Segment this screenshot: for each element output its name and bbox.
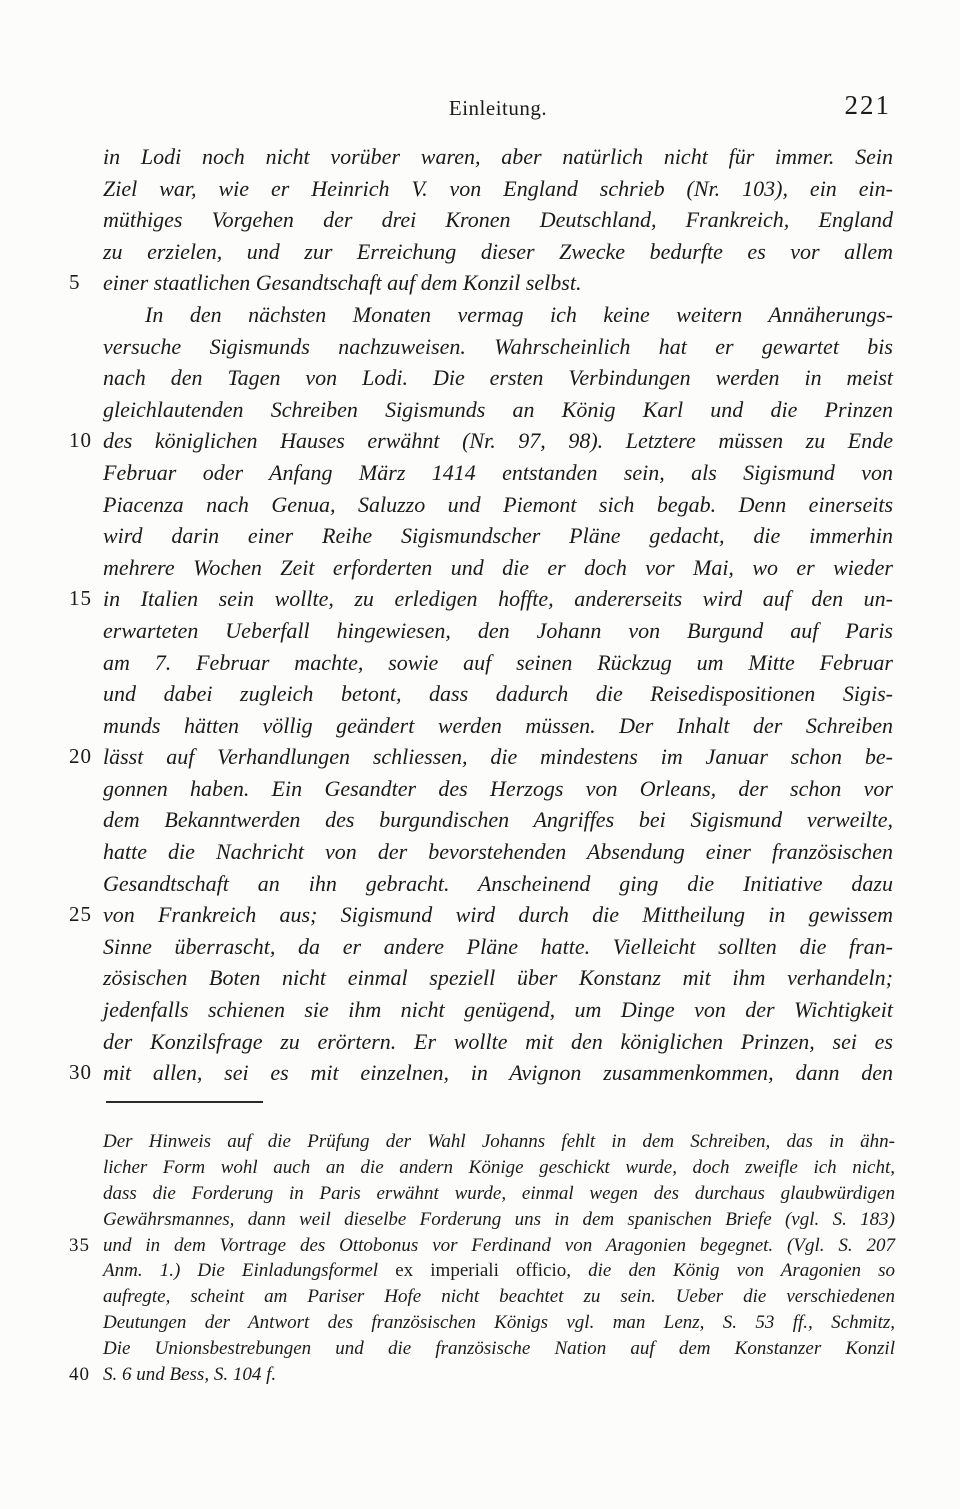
- running-head-title: Einleitung.: [103, 96, 893, 121]
- footnote-separator-rule: [106, 1101, 263, 1103]
- text-line: müthiges Vorgehen der drei Kronen Deutsc…: [103, 204, 893, 236]
- line-text: Anm. 1.) Die Einladungsformel: [103, 1260, 395, 1281]
- text-line: munds hätten völlig geändert werden müss…: [103, 710, 893, 742]
- line-text: Die Unionsbestrebungen und die französis…: [103, 1338, 895, 1359]
- text-line: Februar oder Anfang März 1414 entstanden…: [103, 457, 893, 489]
- line-text: Gewährsmannes, dann weil dieselbe Forder…: [103, 1209, 895, 1230]
- line-text: lässt auf Verhandlungen schliessen, die …: [103, 744, 893, 769]
- line-text: Der Hinweis auf die Prüfung der Wahl Joh…: [103, 1131, 895, 1152]
- line-text: nach den Tagen von Lodi. Die ersten Verb…: [103, 365, 893, 390]
- line-text: versuche Sigismunds nachzuweisen. Wahrsc…: [103, 334, 893, 359]
- text-line: versuche Sigismunds nachzuweisen. Wahrsc…: [103, 331, 893, 363]
- line-number: 5: [69, 267, 99, 299]
- line-text: gonnen haben. Ein Gesandter des Herzogs …: [103, 776, 893, 801]
- text-line: dem Bekanntwerden des burgundischen Angr…: [103, 804, 893, 836]
- text-line: wird darin einer Reihe Sigismundscher Pl…: [103, 520, 893, 552]
- line-text: In den nächsten Monaten vermag ich keine…: [145, 302, 893, 327]
- text-line: zösischen Boten nicht einmal speziell üb…: [103, 962, 893, 994]
- text-line: Die Unionsbestrebungen und die französis…: [103, 1336, 895, 1362]
- line-text: mehrere Wochen Zeit erforderten und die …: [103, 555, 893, 580]
- line-number: 30: [69, 1057, 99, 1089]
- line-text: munds hätten völlig geändert werden müss…: [103, 713, 893, 738]
- text-line: 5einer staatlichen Gesandtschaft auf dem…: [103, 267, 893, 299]
- line-text: , die den König von Aragonien so: [566, 1260, 895, 1281]
- line-text: aufregte, scheint am Pariser Hofe nicht …: [103, 1286, 895, 1307]
- line-text: Februar oder Anfang März 1414 entstanden…: [103, 460, 893, 485]
- text-line: nach den Tagen von Lodi. Die ersten Verb…: [103, 362, 893, 394]
- text-line: licher Form wohl auch an die andern Köni…: [103, 1155, 895, 1181]
- text-line: Deutungen der Antwort des französischen …: [103, 1310, 895, 1336]
- text-line: 40S. 6 und Bess, S. 104 f.: [103, 1362, 895, 1388]
- text-line: gonnen haben. Ein Gesandter des Herzogs …: [103, 773, 893, 805]
- text-line: aufregte, scheint am Pariser Hofe nicht …: [103, 1284, 895, 1310]
- text-line: Piacenza nach Genua, Saluzzo und Piemont…: [103, 489, 893, 521]
- text-line: Gewährsmannes, dann weil dieselbe Forder…: [103, 1207, 895, 1233]
- line-number: 35: [69, 1233, 99, 1259]
- line-number: 15: [69, 583, 99, 615]
- line-text: Ziel war, wie er Heinrich V. von England…: [103, 176, 893, 201]
- line-text: Deutungen der Antwort des französischen …: [103, 1312, 895, 1333]
- line-text: in Lodi noch nicht vorüber waren, aber n…: [103, 144, 893, 169]
- line-text: müthiges Vorgehen der drei Kronen Deutsc…: [103, 207, 893, 232]
- line-text: und in dem Vortrage des Ottobonus vor Fe…: [103, 1235, 895, 1256]
- line-text: hatte die Nachricht von der bevorstehend…: [103, 839, 893, 864]
- line-text: zu erzielen, und zur Erreichung dieser Z…: [103, 239, 893, 264]
- line-text: am 7. Februar machte, sowie auf seinen R…: [103, 650, 893, 675]
- line-text: gleichlautenden Schreiben Sigismunds an …: [103, 397, 893, 422]
- text-line: 10des königlichen Hauses erwähnt (Nr. 97…: [103, 425, 893, 457]
- line-text: mit allen, sei es mit einzelnen, in Avig…: [103, 1060, 893, 1085]
- text-line: 35und in dem Vortrage des Ottobonus vor …: [103, 1233, 895, 1259]
- text-line: In den nächsten Monaten vermag ich keine…: [103, 299, 893, 331]
- line-text: der Konzilsfrage zu erörtern. Er wollte …: [103, 1029, 893, 1054]
- line-text: in Italien sein wollte, zu erledigen hof…: [103, 586, 893, 611]
- line-number: 10: [69, 425, 99, 457]
- text-line: am 7. Februar machte, sowie auf seinen R…: [103, 647, 893, 679]
- text-line: und dabei zugleich betont, dass dadurch …: [103, 678, 893, 710]
- text-line: jedenfalls schienen sie ihm nicht genüge…: [103, 994, 893, 1026]
- line-text: erwarteten Ueberfall hingewiesen, den Jo…: [103, 618, 893, 643]
- text-line: der Konzilsfrage zu erörtern. Er wollte …: [103, 1026, 893, 1058]
- text-line: Sinne überrascht, da er andere Pläne hat…: [103, 931, 893, 963]
- line-text: und dabei zugleich betont, dass dadurch …: [103, 681, 893, 706]
- text-line: Anm. 1.) Die Einladungsformel ex imperia…: [103, 1258, 895, 1284]
- page-number: 221: [845, 90, 892, 121]
- line-number: 40: [69, 1362, 99, 1388]
- line-text: jedenfalls schienen sie ihm nicht genüge…: [103, 997, 893, 1022]
- main-text-block: in Lodi noch nicht vorüber waren, aber n…: [103, 141, 893, 1089]
- text-line: Gesandtschaft an ihn gebracht. Anscheine…: [103, 868, 893, 900]
- line-text: Gesandtschaft an ihn gebracht. Anscheine…: [103, 871, 893, 896]
- text-line: Der Hinweis auf die Prüfung der Wahl Joh…: [103, 1129, 895, 1155]
- text-line: in Lodi noch nicht vorüber waren, aber n…: [103, 141, 893, 173]
- text-line: 20lässt auf Verhandlungen schliessen, di…: [103, 741, 893, 773]
- footnote-block: Der Hinweis auf die Prüfung der Wahl Joh…: [103, 1129, 895, 1388]
- text-line: zu erzielen, und zur Erreichung dieser Z…: [103, 236, 893, 268]
- latin-phrase: ex imperiali officio: [395, 1260, 566, 1281]
- book-page: Einleitung. 221 in Lodi noch nicht vorüb…: [0, 0, 960, 1509]
- text-line: 25von Frankreich aus; Sigismund wird dur…: [103, 899, 893, 931]
- text-line: mehrere Wochen Zeit erforderten und die …: [103, 552, 893, 584]
- text-line: hatte die Nachricht von der bevorstehend…: [103, 836, 893, 868]
- line-text: des königlichen Hauses erwähnt (Nr. 97, …: [103, 428, 893, 453]
- line-number: 20: [69, 741, 99, 773]
- line-text: licher Form wohl auch an die andern Köni…: [103, 1157, 895, 1178]
- line-text: S. 6 und Bess, S. 104 f.: [103, 1364, 276, 1385]
- line-text: dass die Forderung in Paris erwähnt wurd…: [103, 1183, 895, 1204]
- line-text: wird darin einer Reihe Sigismundscher Pl…: [103, 523, 893, 548]
- text-line: dass die Forderung in Paris erwähnt wurd…: [103, 1181, 895, 1207]
- line-text: dem Bekanntwerden des burgundischen Angr…: [103, 807, 893, 832]
- text-line: Ziel war, wie er Heinrich V. von England…: [103, 173, 893, 205]
- text-line: 30mit allen, sei es mit einzelnen, in Av…: [103, 1057, 893, 1089]
- line-text: von Frankreich aus; Sigismund wird durch…: [103, 902, 893, 927]
- line-text: Sinne überrascht, da er andere Pläne hat…: [103, 934, 893, 959]
- line-text: Piacenza nach Genua, Saluzzo und Piemont…: [103, 492, 893, 517]
- line-number: 25: [69, 899, 99, 931]
- line-text: einer staatlichen Gesandtschaft auf dem …: [103, 270, 581, 295]
- line-text: zösischen Boten nicht einmal speziell üb…: [103, 965, 893, 990]
- text-line: 15in Italien sein wollte, zu erledigen h…: [103, 583, 893, 615]
- running-head: Einleitung. 221: [103, 94, 893, 124]
- text-line: erwarteten Ueberfall hingewiesen, den Jo…: [103, 615, 893, 647]
- text-line: gleichlautenden Schreiben Sigismunds an …: [103, 394, 893, 426]
